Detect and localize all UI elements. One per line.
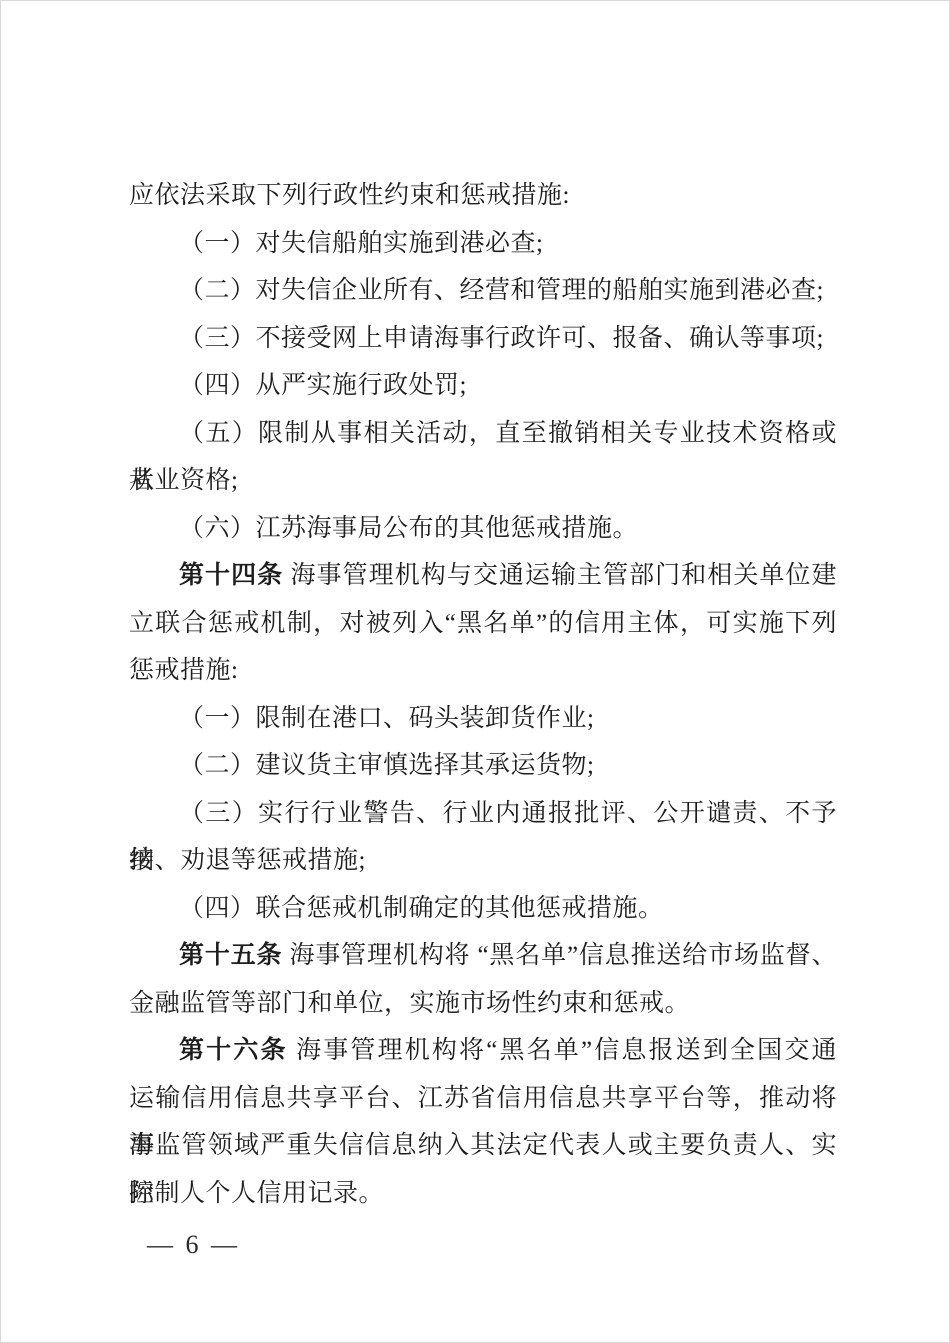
article-14-item-3-line-1: （三）实行行业警告、行业内通报批评、公开谴责、不予接 (129, 790, 837, 838)
article-16-line-2: 运输信用信息共享平台、江苏省信用信息共享平台等，推动将海 (129, 1075, 837, 1123)
list-item-2: （二）对失信企业所有、经营和管理的船舶实施到港必查; (129, 267, 837, 315)
list-item-5-line-1: （五）限制从事相关活动，直至撤销相关专业技术资格或者 (129, 410, 837, 458)
article-14-item-2: （二）建议货主审慎选择其承运货物; (129, 742, 837, 790)
list-item-4: （四）从严实施行政处罚; (129, 362, 837, 410)
document-page: 应依法采取下列行政性约束和惩戒措施: （一）对失信船舶实施到港必查; （二）对失… (0, 0, 950, 1343)
article-15-text: 海事管理机构将 “黑名单”信息推送给市场监督、 (282, 942, 837, 969)
document-body: 应依法采取下列行政性约束和惩戒措施: （一）对失信船舶实施到港必查; （二）对失… (129, 172, 837, 1217)
article-16-line-1: 第十六条 海事管理机构将“黑名单”信息报送到全国交通 (129, 1027, 837, 1075)
article-16-line-3: 事监管领域严重失信信息纳入其法定代表人或主要负责人、实际 (129, 1122, 837, 1170)
article-14-item-1: （一）限制在港口、码头装卸货作业; (129, 695, 837, 743)
list-item-5-line-2: 从业资格; (129, 457, 837, 505)
article-14-line-2: 立联合惩戒机制，对被列入“黑名单”的信用主体，可实施下列 (129, 600, 837, 648)
article-15-line-1: 第十五条 海事管理机构将 “黑名单”信息推送给市场监督、 (129, 932, 837, 980)
article-14-text: 海事管理机构与交通运输主管部门和相关单位建 (283, 562, 837, 589)
article-14-number: 第十四条 (179, 562, 283, 589)
list-item-6: （六）江苏海事局公布的其他惩戒措施。 (129, 505, 837, 553)
article-15-number: 第十五条 (179, 942, 282, 969)
article-16-text: 海事管理机构将“黑名单”信息报送到全国交通 (288, 1037, 837, 1064)
list-item-1: （一）对失信船舶实施到港必查; (129, 220, 837, 268)
paragraph-continuation-line: 应依法采取下列行政性约束和惩戒措施: (129, 172, 837, 220)
page-number: — 6 — (147, 1228, 240, 1262)
article-16-line-4: 控制人个人信用记录。 (129, 1170, 837, 1218)
list-item-3: （三）不接受网上申请海事行政许可、报备、确认等事项; (129, 315, 837, 363)
article-16-number: 第十六条 (179, 1037, 288, 1064)
article-14-line-3: 惩戒措施: (129, 647, 837, 695)
article-15-line-2: 金融监管等部门和单位，实施市场性约束和惩戒。 (129, 980, 837, 1028)
article-14-item-4: （四）联合惩戒机制确定的其他惩戒措施。 (129, 885, 837, 933)
article-14-item-3-line-2: 纳、劝退等惩戒措施; (129, 837, 837, 885)
article-14-line-1: 第十四条 海事管理机构与交通运输主管部门和相关单位建 (129, 552, 837, 600)
